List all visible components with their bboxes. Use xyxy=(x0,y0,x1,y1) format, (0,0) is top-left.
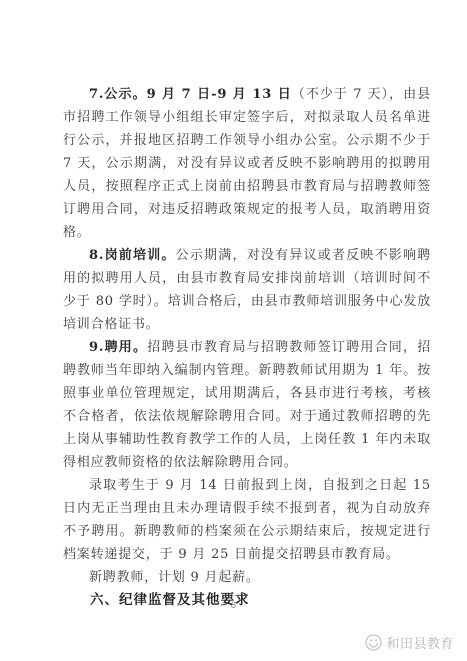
paragraph-baodao: 录取考生于 9 月 14 日前报到上岗，自报到之日起 15 日内无正当理由且未办… xyxy=(63,474,431,566)
paragraph-text: （不少于 7 天），由县市招聘工作领导小组组长审定签字后，对拟录取人员名单进行公… xyxy=(63,87,431,240)
paragraph-text: 新聘教师，计划 9 月起薪。 xyxy=(89,570,260,585)
footer-brand-label: 和田县教育 xyxy=(386,633,454,652)
page-number: 8 xyxy=(0,601,467,611)
paragraph-text: 招聘县市教育局与招聘教师签订聘用合同，招聘教师当年即纳入编制内管理。新聘教师试用… xyxy=(63,340,431,470)
paragraph-9-pinyong: 9.聘用。招聘县市教育局与招聘教师签订聘用合同，招聘教师当年即纳入编制内管理。新… xyxy=(63,336,431,474)
paragraph-qixin: 新聘教师，计划 9 月起薪。 xyxy=(63,566,431,589)
footer-watermark: 和田县教育 xyxy=(365,633,454,652)
paragraph-7-gongshi: 7.公示。9 月 7 日-9 月 13 日（不少于 7 天），由县市招聘工作领导… xyxy=(63,83,431,244)
paragraph-8-gangqianpeixun: 8.岗前培训。公示期满，对没有异议或者反映不影响聘用的拟聘用人员，由县市教育局安… xyxy=(63,244,431,336)
hetian-education-logo-icon xyxy=(365,634,382,651)
paragraph-lead-bold: 9.聘用。 xyxy=(89,340,147,355)
document-page: 7.公示。9 月 7 日-9 月 13 日（不少于 7 天），由县市招聘工作领导… xyxy=(63,83,431,612)
paragraph-lead-bold: 7.公示。9 月 7 日-9 月 13 日 xyxy=(89,87,292,102)
paragraph-text: 录取考生于 9 月 14 日前报到上岗，自报到之日起 15 日内无正当理由且未办… xyxy=(63,478,431,562)
paragraph-lead-bold: 8.岗前培训。 xyxy=(89,248,176,263)
